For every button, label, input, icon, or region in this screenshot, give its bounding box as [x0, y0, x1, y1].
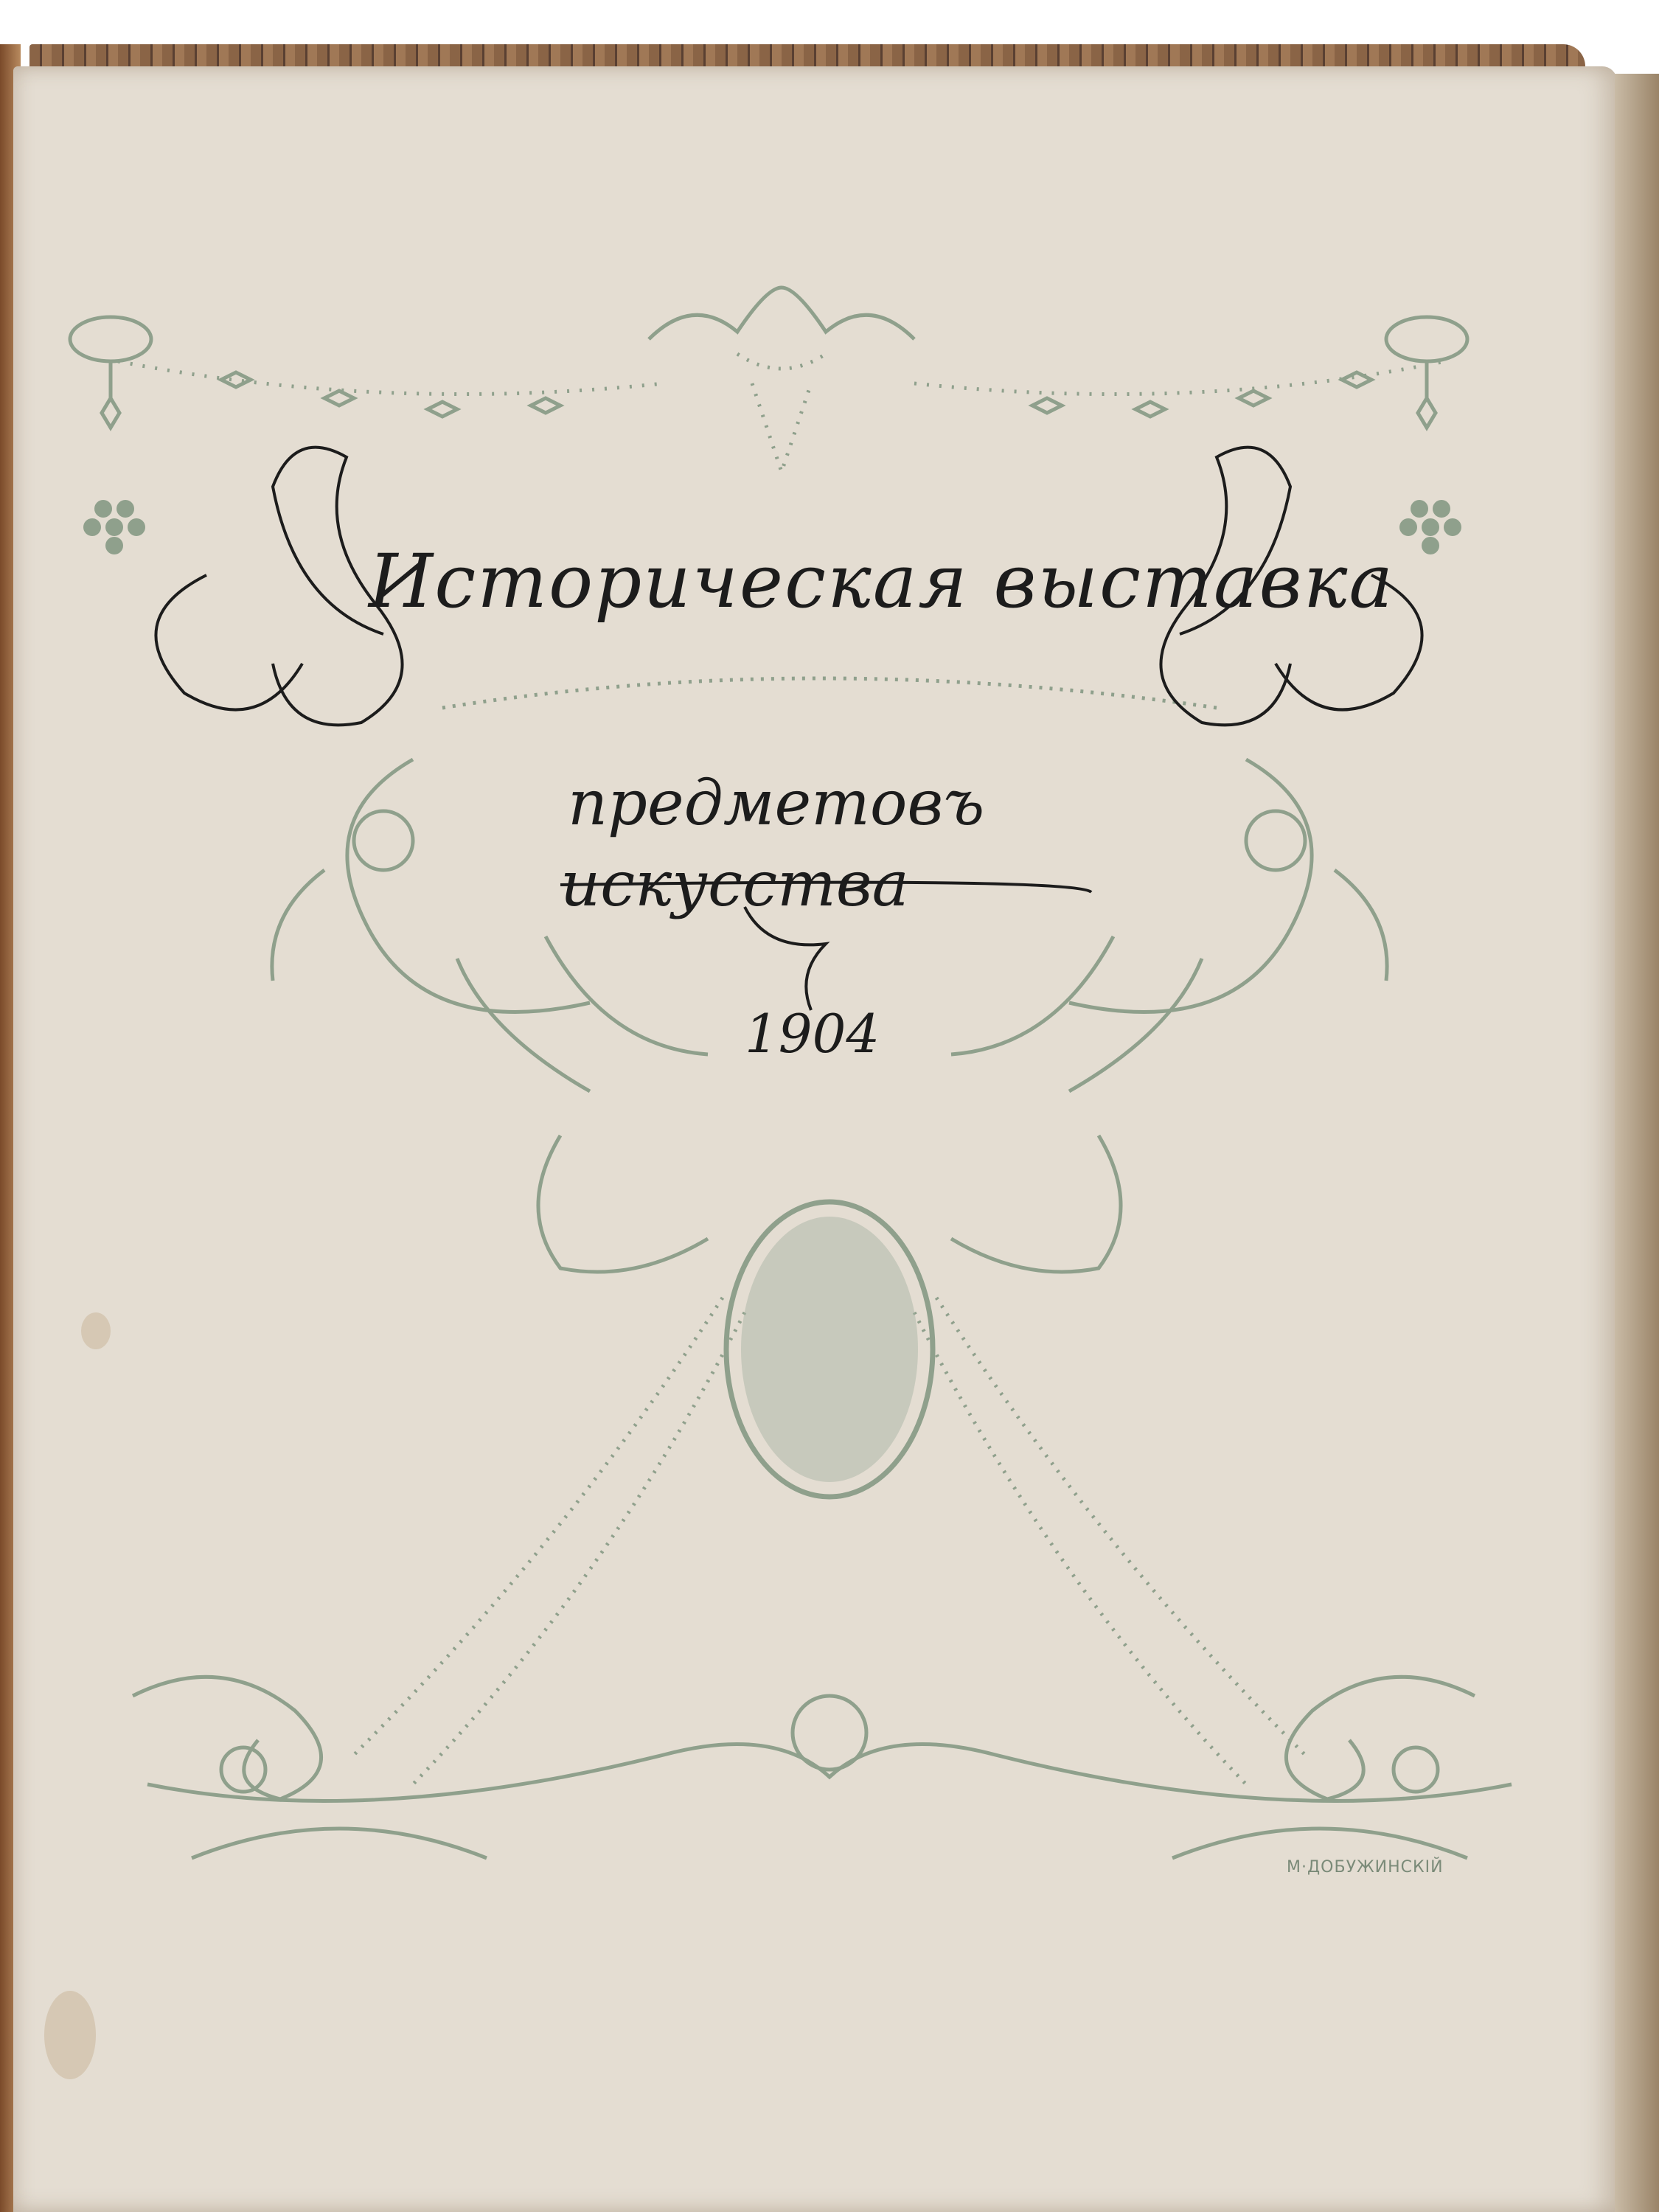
- title-line-1: Историческая выставка: [369, 538, 1394, 625]
- ornament-illustration: [0, 0, 1659, 2212]
- artist-signature: М·ДОБУЖИНСКІЙ: [1287, 1858, 1444, 1877]
- title-line-3: искусства: [560, 848, 909, 920]
- title-line-2: предметовъ: [568, 767, 984, 839]
- year: 1904: [745, 1003, 880, 1065]
